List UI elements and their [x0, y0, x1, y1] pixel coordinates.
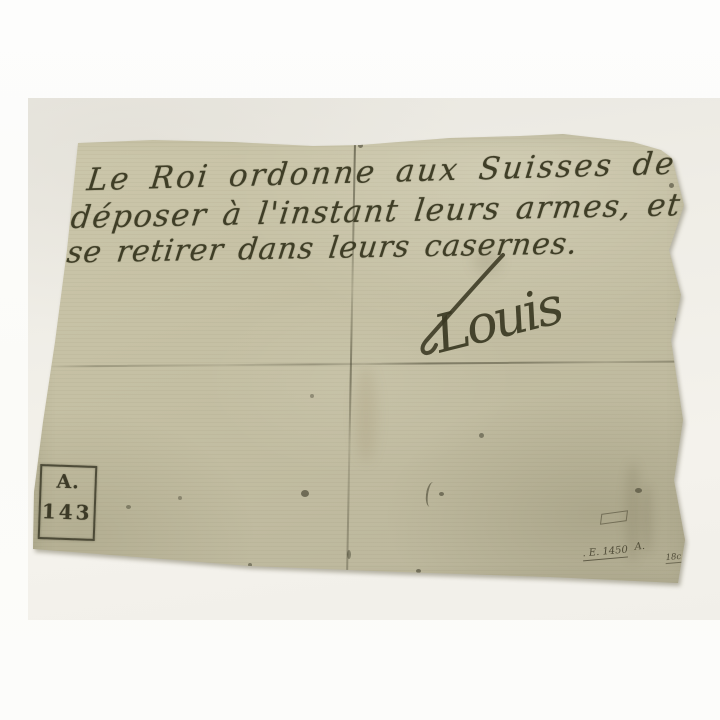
- ink-speck: [479, 433, 484, 438]
- archive-stamp: A. 143: [38, 464, 98, 541]
- ink-speck: [439, 492, 444, 496]
- ink-speck: [416, 569, 421, 573]
- manuscript-document: Le Roi ordonne aux Suisses de déposer à …: [28, 98, 720, 620]
- fold-smudge-stain: [355, 367, 377, 462]
- photo-mount: Le Roi ordonne aux Suisses de déposer à …: [28, 98, 720, 620]
- ink-speck: [126, 505, 131, 509]
- manuscript-paper: Le Roi ordonne aux Suisses de déposer à …: [33, 132, 689, 587]
- ink-speck: [178, 496, 182, 500]
- ink-speck: [675, 316, 684, 324]
- smudge-stain: [643, 484, 653, 554]
- ink-speck: [248, 563, 252, 567]
- catalog-sub-number: 18c: [665, 552, 681, 564]
- ink-speck: [358, 143, 363, 148]
- fold-dash-mark: [347, 550, 351, 559]
- stamp-number: 143: [41, 499, 93, 525]
- ink-speck: [669, 183, 674, 188]
- catalog-code: . E. 1450: [582, 544, 628, 561]
- signature-text: Louis: [428, 276, 569, 366]
- photo-of-manuscript-page: Le Roi ordonne aux Suisses de déposer à …: [0, 0, 720, 720]
- stamp-letter: A.: [56, 471, 80, 494]
- ink-speck: [301, 490, 309, 497]
- ink-speck: [672, 244, 676, 248]
- ink-speck: [310, 394, 314, 398]
- smudge-stain: [473, 250, 501, 274]
